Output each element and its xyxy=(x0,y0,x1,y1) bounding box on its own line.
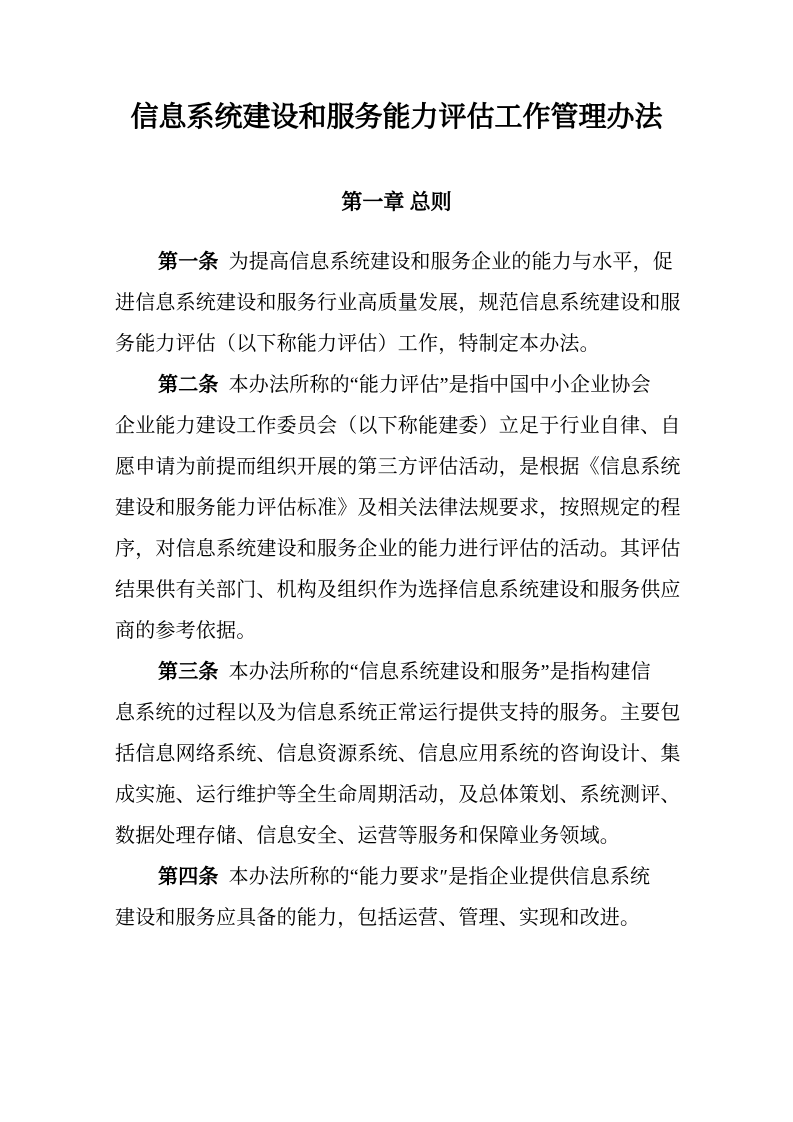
text-line: 息系统的过程以及为信息系统正常运行提供支持的服务。主要包 xyxy=(115,693,682,734)
text-line: 第四条本办法所称的“能力要求″是指企业提供信息系统 xyxy=(115,857,682,898)
text-line: 序，对信息系统建设和服务企业的能力进行评估的活动。其评估 xyxy=(115,529,682,570)
text-line: 结果供有关部门、机构及组织作为选择信息系统建设和服务供应 xyxy=(115,570,682,611)
text-line: 括信息网络系统、信息资源系统、信息应用系统的咨询设计、集 xyxy=(115,734,682,775)
article-2: 第二条本办法所称的“能力评估”是指中国中小企业协会 企业能力建设工作委员会（以下… xyxy=(115,365,682,652)
text-line: 建设和服务应具备的能力，包括运营、管理、实现和改进。 xyxy=(115,898,682,939)
chapter-heading: 第一章 总则 xyxy=(0,187,793,217)
text-line: 第三条本办法所称的“信息系统建设和服务”是指构建信 xyxy=(115,652,682,693)
article-label: 第四条 xyxy=(158,866,219,888)
article-first-line-text: 本办法所称的“能力要求″是指企业提供信息系统 xyxy=(229,866,651,888)
text-line: 商的参考依据。 xyxy=(115,611,682,652)
text-line: 进信息系统建设和服务行业高质量发展，规范信息系统建设和服 xyxy=(115,283,682,324)
text-line: 建设和服务能力评估标准》及相关法律法规要求，按照规定的程 xyxy=(115,488,682,529)
text-line: 第二条本办法所称的“能力评估”是指中国中小企业协会 xyxy=(115,365,682,406)
article-3: 第三条本办法所称的“信息系统建设和服务”是指构建信 息系统的过程以及为信息系统正… xyxy=(115,652,682,857)
text-line: 数据处理存储、信息安全、运营等服务和保障业务领域。 xyxy=(115,816,682,857)
text-line: 第一条为提高信息系统建设和服务企业的能力与水平，促 xyxy=(115,242,682,283)
article-first-line-text: 本办法所称的“信息系统建设和服务”是指构建信 xyxy=(229,661,651,683)
article-label: 第二条 xyxy=(158,374,219,396)
article-1: 第一条为提高信息系统建设和服务企业的能力与水平，促 进信息系统建设和服务行业高质… xyxy=(115,242,682,365)
article-first-line-text: 本办法所称的“能力评估”是指中国中小企业协会 xyxy=(229,374,651,396)
article-4: 第四条本办法所称的“能力要求″是指企业提供信息系统 建设和服务应具备的能力，包括… xyxy=(115,857,682,939)
article-label: 第三条 xyxy=(158,661,219,683)
text-line: 企业能力建设工作委员会（以下称能建委）立足于行业自律、自 xyxy=(115,406,682,447)
document-body: 第一条为提高信息系统建设和服务企业的能力与水平，促 进信息系统建设和服务行业高质… xyxy=(115,242,682,939)
text-line: 成实施、运行维护等全生命周期活动，及总体策划、系统测评、 xyxy=(115,775,682,816)
text-line: 愿申请为前提而组织开展的第三方评估活动，是根据《信息系统 xyxy=(115,447,682,488)
document-page: 信息系统建设和服务能力评估工作管理办法 第一章 总则 第一条为提高信息系统建设和… xyxy=(0,0,793,1122)
document-title: 信息系统建设和服务能力评估工作管理办法 xyxy=(0,99,793,137)
article-first-line-text: 为提高信息系统建设和服务企业的能力与水平，促 xyxy=(229,251,673,273)
text-line: 务能力评估（以下称能力评估）工作，特制定本办法。 xyxy=(115,324,682,365)
article-label: 第一条 xyxy=(158,251,219,273)
